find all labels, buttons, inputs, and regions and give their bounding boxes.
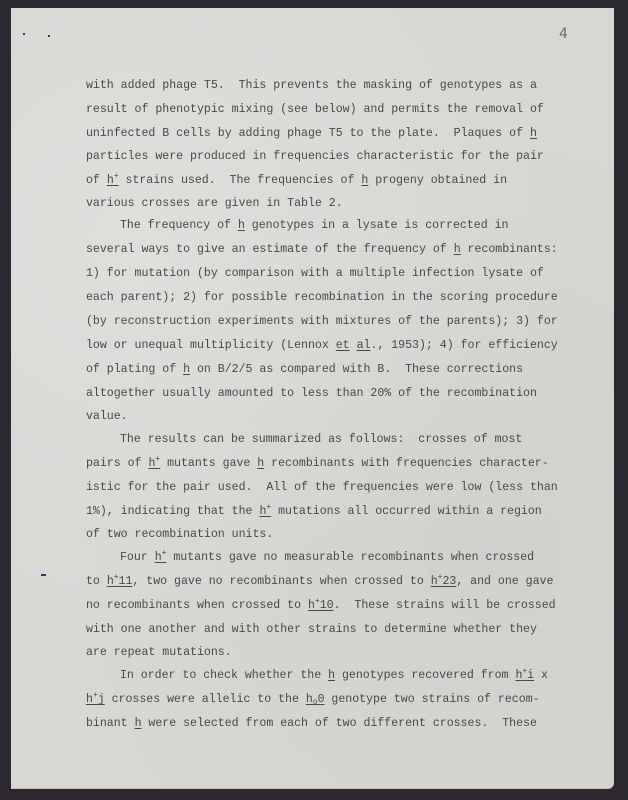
text-segment: Four xyxy=(120,551,155,564)
genotype-symbol: h+ xyxy=(148,457,160,470)
text-segment: to xyxy=(86,575,107,588)
genotype-symbol: h xyxy=(454,243,461,256)
genotype-symbol: h+11 xyxy=(107,575,133,588)
text-segment: each parent); 2) for possible recombinat… xyxy=(86,291,558,304)
text-segment: of two recombination units. xyxy=(86,528,273,541)
text-line: with added phage T5. This prevents the m… xyxy=(86,79,537,93)
text-segment: istic for the pair used. All of the freq… xyxy=(86,481,558,494)
text-segment: genotype two strains of recom- xyxy=(325,693,540,706)
text-line: Four h+ mutants gave no measurable recom… xyxy=(120,551,534,565)
text-segment: low or unequal multiplicity (Lennox xyxy=(86,339,336,352)
genotype-symbol: h xyxy=(530,127,537,140)
text-segment: mutants gave no measurable recombinants … xyxy=(166,551,534,564)
text-line: (by reconstruction experiments with mixt… xyxy=(86,315,558,329)
text-line: of plating of h on B/2/5 as compared wit… xyxy=(86,363,523,377)
genotype-symbol: h+j xyxy=(86,693,105,706)
text-segment: on B/2/5 as compared with B. These corre… xyxy=(190,363,523,376)
text-line: with one another and with other strains … xyxy=(86,623,537,637)
text-segment: In order to check whether the xyxy=(120,669,328,682)
text-segment: The frequency of xyxy=(120,219,238,232)
text-segment: with one another and with other strains … xyxy=(86,623,537,636)
text-segment: with added phage T5. This prevents the m… xyxy=(86,79,537,92)
typewritten-page: 4 with added phage T5. This prevents the… xyxy=(11,8,614,789)
genotype-symbol: h+ xyxy=(107,174,119,187)
genotype-symbol: h xyxy=(238,219,245,232)
genotype-symbol: ho0 xyxy=(306,693,325,706)
genotype-symbol: al xyxy=(357,339,371,352)
genotype-symbol: et xyxy=(336,339,350,352)
genotype-symbol: h+23 xyxy=(431,575,457,588)
text-line: each parent); 2) for possible recombinat… xyxy=(86,291,558,305)
text-segment: result of phenotypic mixing (see below) … xyxy=(86,103,544,116)
genotype-symbol: h+10 xyxy=(308,599,334,612)
text-line: h+j crosses were allelic to the ho0 geno… xyxy=(86,693,540,707)
text-segment: crosses were allelic to the xyxy=(105,693,306,706)
text-line: pairs of h+ mutants gave h recombinants … xyxy=(86,457,549,471)
text-segment: were selected from each of two different… xyxy=(142,717,537,730)
text-segment: progeny obtained in xyxy=(368,174,507,187)
text-segment: 1%), indicating that the xyxy=(86,505,259,518)
text-segment: mutants gave xyxy=(160,457,257,470)
text-segment: of plating of xyxy=(86,363,183,376)
text-line: several ways to give an estimate of the … xyxy=(86,243,558,257)
text-line: various crosses are given in Table 2. xyxy=(86,197,343,211)
genotype-symbol: h+i xyxy=(515,669,534,682)
text-segment: , two gave no recombinants when crossed … xyxy=(132,575,430,588)
text-line: of h+ strains used. The frequencies of h… xyxy=(86,174,507,188)
text-line: to h+11, two gave no recombinants when c… xyxy=(86,575,553,589)
text-segment: strains used. The frequencies of xyxy=(119,174,362,187)
text-line: The frequency of h genotypes in a lysate… xyxy=(120,219,509,233)
text-line: particles were produced in frequencies c… xyxy=(86,150,544,164)
genotype-symbol: h xyxy=(135,717,142,730)
text-segment xyxy=(350,339,357,352)
text-segment: uninfected B cells by adding phage T5 to… xyxy=(86,127,530,140)
text-line: In order to check whether the h genotype… xyxy=(120,669,548,683)
text-segment: of xyxy=(86,174,107,187)
text-segment: particles were produced in frequencies c… xyxy=(86,150,544,163)
text-line: of two recombination units. xyxy=(86,528,273,542)
text-segment: ., 1953); 4) for efficiency xyxy=(370,339,557,352)
text-line: low or unequal multiplicity (Lennox et a… xyxy=(86,339,558,353)
stray-mark-top-2 xyxy=(48,35,50,37)
text-line: result of phenotypic mixing (see below) … xyxy=(86,103,544,117)
page-number: 4 xyxy=(559,26,568,42)
text-segment: altogether usually amounted to less than… xyxy=(86,387,537,400)
genotype-symbol: h+ xyxy=(155,551,167,564)
text-segment: , and one gave xyxy=(456,575,553,588)
text-segment: The results can be summarized as follows… xyxy=(120,433,522,446)
text-segment: recombinants: xyxy=(461,243,558,256)
text-segment: genotypes recovered from xyxy=(335,669,515,682)
text-segment: 1) for mutation (by comparison with a mu… xyxy=(86,267,544,280)
text-line: value. xyxy=(86,410,128,424)
margin-dash-mark xyxy=(41,574,46,576)
text-line: 1%), indicating that the h+ mutations al… xyxy=(86,505,542,519)
text-segment: value. xyxy=(86,410,128,423)
text-segment: binant xyxy=(86,717,135,730)
text-segment: mutations all occurred within a region xyxy=(271,505,542,518)
text-line: uninfected B cells by adding phage T5 to… xyxy=(86,127,537,141)
text-line: altogether usually amounted to less than… xyxy=(86,387,537,401)
text-segment: various crosses are given in Table 2. xyxy=(86,197,343,210)
text-line: The results can be summarized as follows… xyxy=(120,433,522,447)
text-line: no recombinants when crossed to h+10. Th… xyxy=(86,599,556,613)
text-line: 1) for mutation (by comparison with a mu… xyxy=(86,267,544,281)
text-segment: recombinants with frequencies character- xyxy=(264,457,548,470)
text-segment: . These strains will be crossed xyxy=(334,599,556,612)
text-line: are repeat mutations. xyxy=(86,646,232,660)
genotype-symbol: h+ xyxy=(259,505,271,518)
text-segment: several ways to give an estimate of the … xyxy=(86,243,454,256)
text-segment: x xyxy=(534,669,548,682)
text-segment: genotypes in a lysate is corrected in xyxy=(245,219,509,232)
text-segment: pairs of xyxy=(86,457,148,470)
text-segment: are repeat mutations. xyxy=(86,646,232,659)
text-line: istic for the pair used. All of the freq… xyxy=(86,481,558,495)
text-line: binant h were selected from each of two … xyxy=(86,717,537,731)
stray-mark-top xyxy=(23,33,25,35)
text-segment: no recombinants when crossed to xyxy=(86,599,308,612)
text-segment: (by reconstruction experiments with mixt… xyxy=(86,315,558,328)
